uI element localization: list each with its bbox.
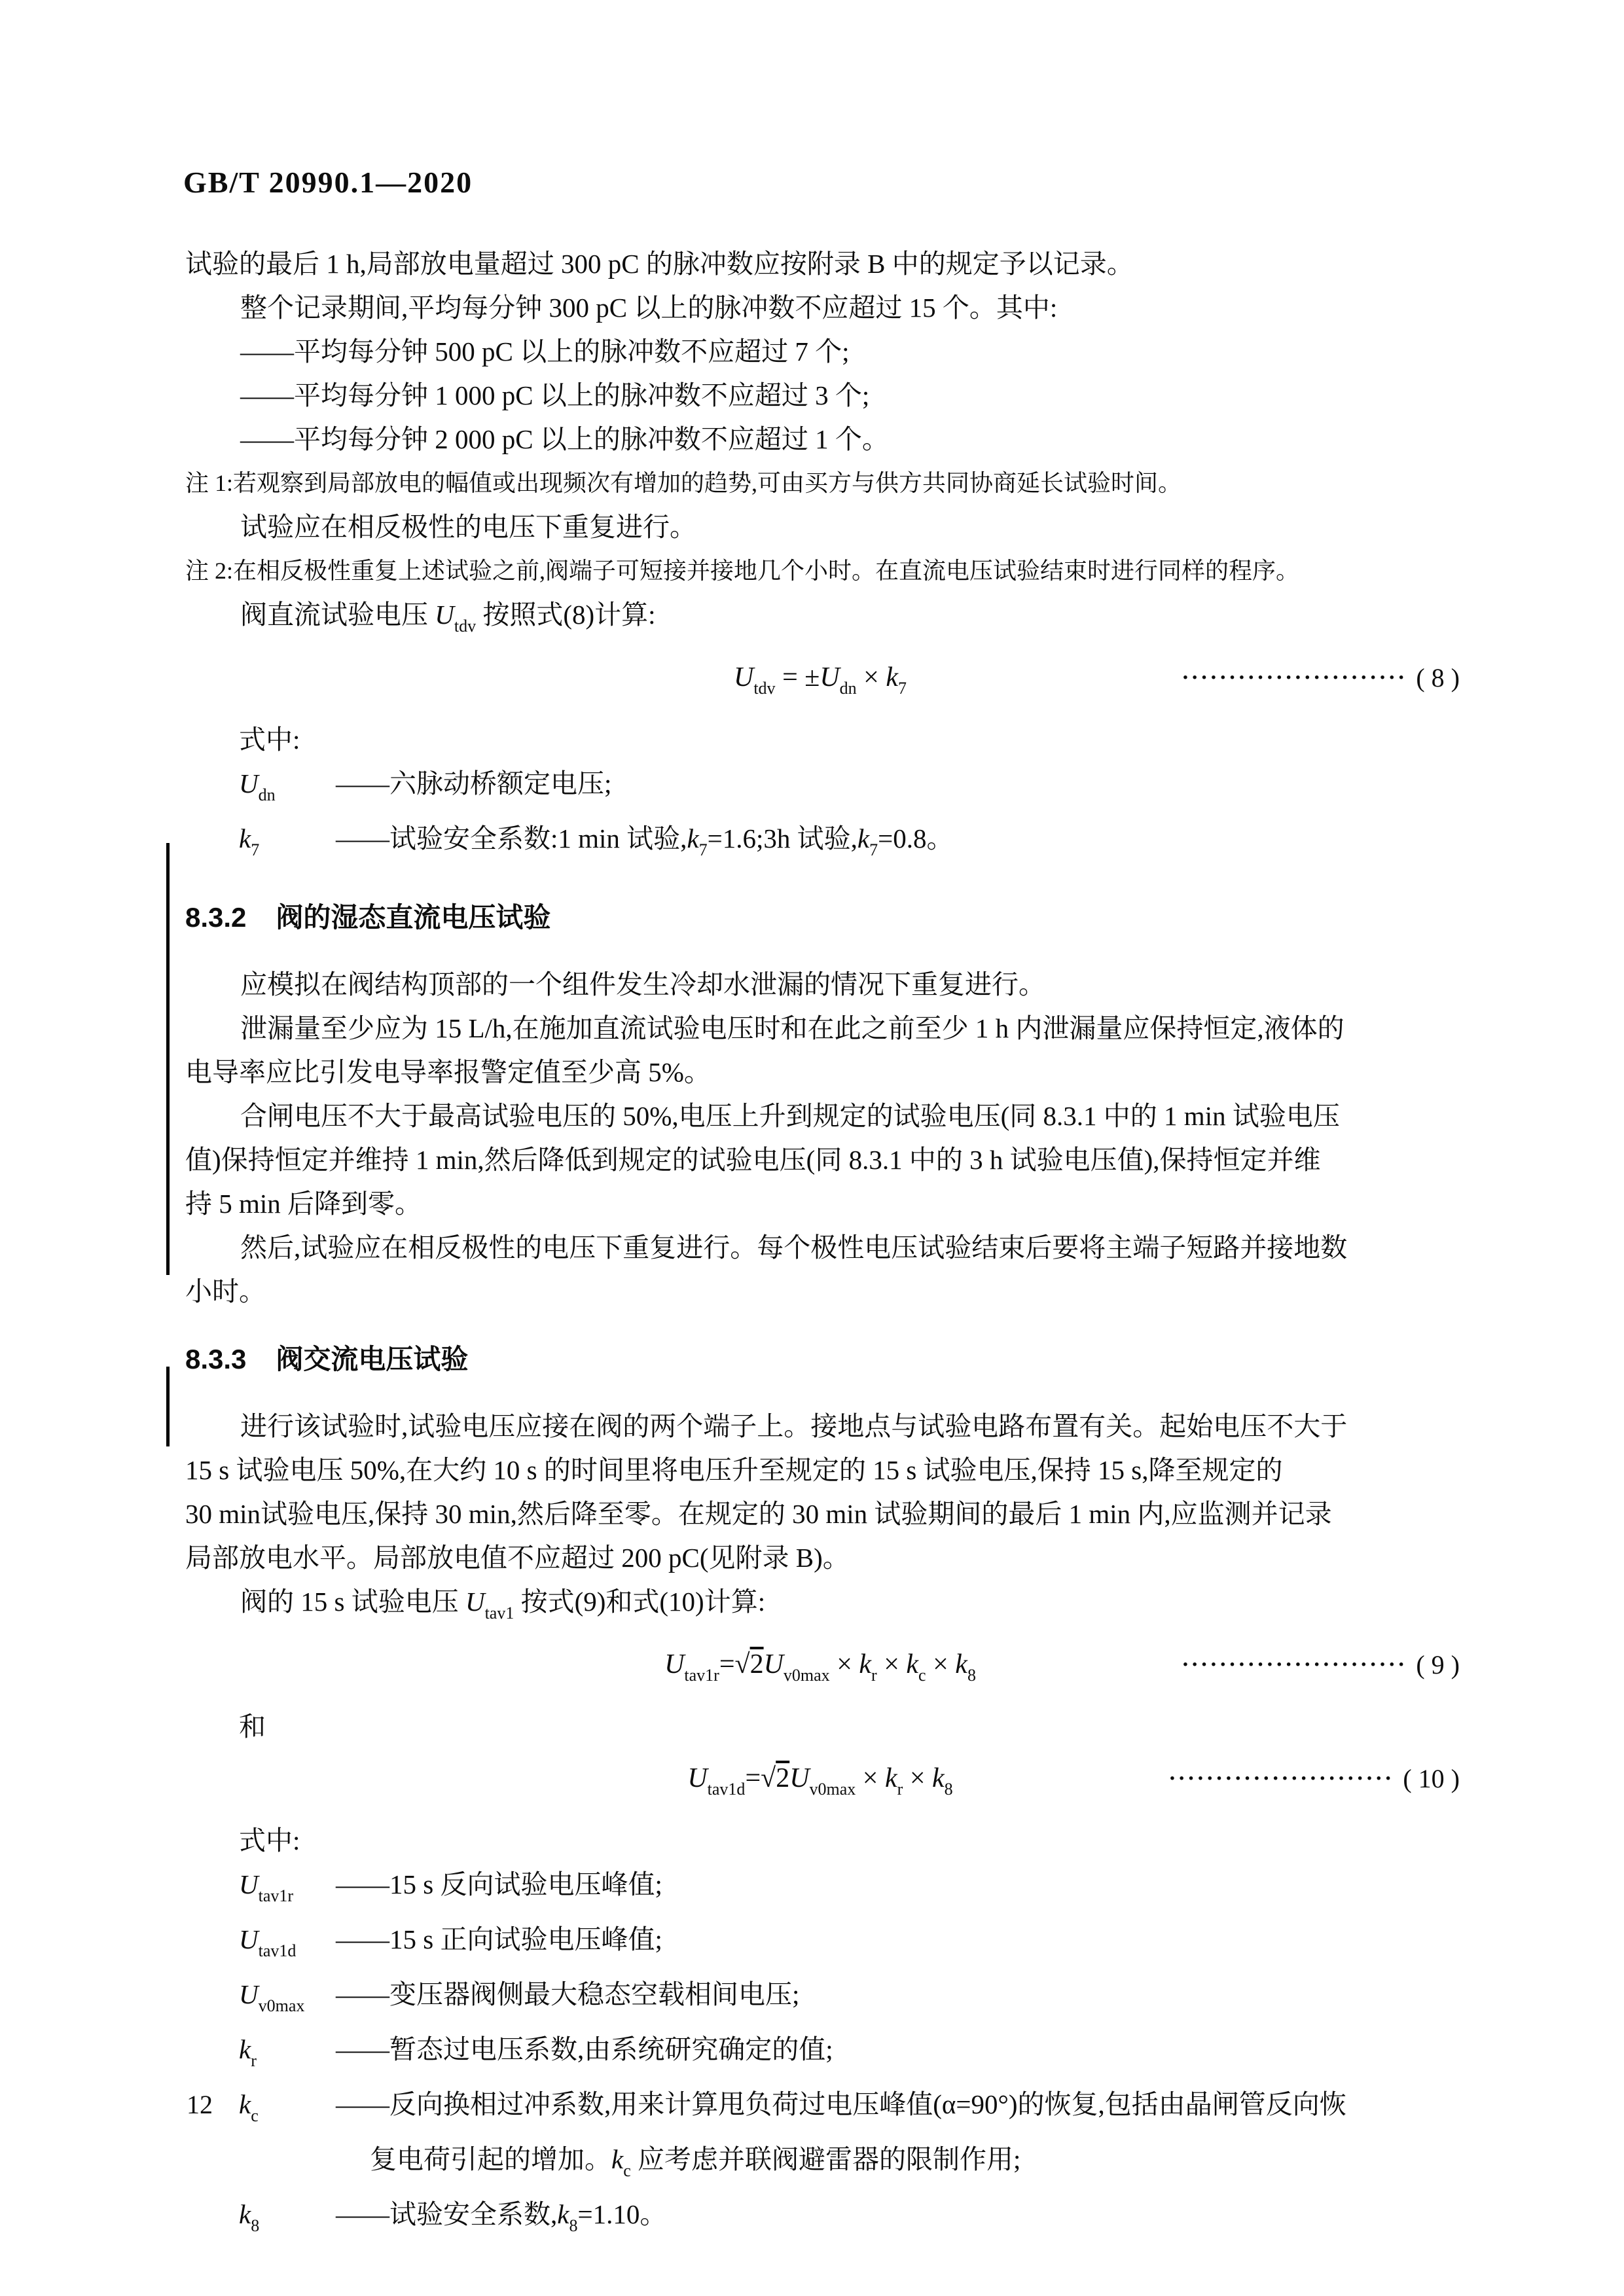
definition-symbol: Udn	[239, 762, 336, 817]
formula-expression: Utav1r=√2Uv0max × kr × kc × k8	[664, 1643, 976, 1697]
text-line: 试验应在相反极性的电压下重复进行。	[185, 505, 1494, 549]
equation-number: ( 9 )	[1416, 1650, 1460, 1679]
section-title: 阀交流电压试验	[276, 1344, 468, 1374]
math-variable: U	[239, 1979, 259, 2009]
radicand: 2	[776, 1763, 789, 1793]
math-subscript: tdv	[753, 679, 775, 698]
text-line: 值)保持恒定并维持 1 min,然后降低到规定的试验电压(同 8.3.1 中的 …	[185, 1138, 1494, 1182]
note-line: 注 2:在相反极性重复上述试验之前,阀端子可短接并接地几个小时。在直流电压试验结…	[185, 549, 1494, 593]
definition-symbol: Uv0max	[239, 1973, 336, 2028]
math-subscript: 8	[945, 1780, 953, 1799]
definition-description: 15 s 正向试验电压峰值;	[389, 1918, 662, 1973]
section-number: 8.3.2	[185, 902, 246, 933]
math-subscript: r	[251, 2051, 257, 2070]
definition-symbol: kr	[239, 2028, 336, 2083]
definition-row: kr——暂态过电压系数,由系统研究确定的值;	[185, 2028, 1494, 2083]
formula-leader: ························( 9 )	[1182, 1643, 1460, 1687]
text-line: ——平均每分钟 1 000 pC 以上的脉冲数不应超过 3 个;	[185, 374, 1494, 418]
text-line: 然后,试验应在相反极性的电压下重复进行。每个极性电压试验结束后要将主端子短路并接…	[185, 1226, 1494, 1270]
math-variable: U	[435, 600, 454, 630]
section-heading: 8.3.3阀交流电压试验	[185, 1337, 1494, 1381]
definition-description: 15 s 反向试验电压峰值;	[389, 1863, 662, 1918]
math-subscript: v0max	[810, 1780, 856, 1799]
definition-row: Utav1d——15 s 正向试验电压峰值;	[185, 1918, 1494, 1973]
math-subscript: 8	[569, 2216, 577, 2235]
document-content: 试验的最后 1 h,局部放电量超过 300 pC 的脉冲数应按附录 B 中的规定…	[185, 242, 1494, 2248]
math-variable: U	[687, 1763, 707, 1793]
definition-description: 试验安全系数:1 min 试验,k7=1.6;3h 试验,k7=0.8。	[389, 817, 953, 872]
math-variable: U	[465, 1587, 485, 1617]
text-line: 进行该试验时,试验电压应接在阀的两个端子上。接地点与试验电路布置有关。起始电压不…	[185, 1405, 1494, 1448]
text-line: 阀直流试验电压 Utdv 按照式(8)计算:	[185, 593, 1494, 648]
document-page: { "header": { "standard_code": "GB/T 209…	[0, 0, 1624, 2296]
definition-row: Utav1r——15 s 反向试验电压峰值;	[185, 1863, 1494, 1918]
definition-continuation: 复电荷引起的增加。kc 应考虑并联阀避雷器的限制作用;	[185, 2138, 1494, 2193]
math-subscript: v0max	[259, 1996, 305, 2015]
formula-line: Utav1r=√2Uv0max × kr × kc × k8··········…	[185, 1643, 1494, 1697]
square-root: √2	[735, 1649, 764, 1679]
leader-dots: ························	[1168, 1767, 1394, 1791]
text-line: 和	[185, 1705, 1494, 1749]
definition-dash: ——	[336, 2193, 389, 2248]
text-line: 持 5 min 后降到零。	[185, 1182, 1494, 1226]
math-variable: k	[687, 823, 698, 853]
math-subscript: tdv	[454, 617, 476, 636]
math-variable: U	[239, 1924, 259, 1954]
formula-line: Utav1d=√2Uv0max × kr × k8···············…	[185, 1757, 1494, 1811]
formula-leader: ························( 10 )	[1168, 1757, 1460, 1801]
definition-dash: ——	[336, 762, 389, 817]
math-variable: k	[611, 2144, 623, 2174]
formula-expression: Utav1d=√2Uv0max × kr × k8	[687, 1757, 952, 1811]
definition-symbol: k7	[239, 817, 336, 872]
definition-symbol: Utav1d	[239, 1918, 336, 1973]
text-line: 试验的最后 1 h,局部放电量超过 300 pC 的脉冲数应按附录 B 中的规定…	[185, 242, 1494, 286]
definition-description: 六脉动桥额定电压;	[389, 762, 611, 817]
text-line: ——平均每分钟 2 000 pC 以上的脉冲数不应超过 1 个。	[185, 418, 1494, 461]
formula-line: Utdv = ±Udn × k7························…	[185, 656, 1494, 710]
math-variable: k	[557, 2199, 569, 2229]
definition-row: k7——试验安全系数:1 min 试验,k7=1.6;3h 试验,k7=0.8。	[185, 817, 1494, 872]
definition-row: Udn——六脉动桥额定电压;	[185, 762, 1494, 817]
math-variable: U	[764, 1649, 784, 1679]
math-subscript: tav1	[485, 1604, 514, 1623]
definition-description: 变压器阀侧最大稳态空载相间电压;	[389, 1973, 799, 2028]
definition-symbol: k8	[239, 2193, 336, 2248]
math-subscript: dn	[259, 785, 276, 804]
math-variable: k	[932, 1763, 945, 1793]
standard-code-header: GB/T 20990.1—2020	[183, 165, 473, 200]
text-line: 式中:	[185, 1819, 1494, 1863]
text-line: 应模拟在阀结构顶部的一个组件发生冷却水泄漏的情况下重复进行。	[185, 963, 1494, 1007]
math-variable: U	[239, 768, 259, 798]
math-subscript: dn	[840, 679, 857, 698]
definition-description: 暂态过电压系数,由系统研究确定的值;	[389, 2028, 833, 2083]
text-line: 电导率应比引发电导率报警定值至少高 5%。	[185, 1050, 1494, 1094]
definition-dash: ——	[336, 817, 389, 872]
math-subscript: r	[871, 1666, 877, 1685]
definition-description: 试验安全系数,k8=1.10。	[389, 2193, 666, 2248]
definition-symbol: kc	[239, 2083, 336, 2138]
definition-dash: ——	[336, 2028, 389, 2083]
math-variable: k	[239, 823, 251, 853]
math-variable: k	[239, 2089, 251, 2119]
text-line: 整个记录期间,平均每分钟 300 pC 以上的脉冲数不应超过 15 个。其中:	[185, 286, 1494, 330]
text-line: 局部放电水平。局部放电值不应超过 200 pC(见附录 B)。	[185, 1536, 1494, 1580]
math-subscript: tav1r	[684, 1666, 719, 1685]
math-variable: U	[664, 1649, 684, 1679]
equation-number: ( 8 )	[1416, 663, 1460, 692]
math-subscript: 7	[898, 679, 907, 698]
math-subscript: 8	[967, 1666, 976, 1685]
definition-description: 反向换相过冲系数,用来计算甩负荷过电压峰值(α=90°)的恢复,包括由晶闸管反向…	[389, 2083, 1346, 2138]
definition-dash: ——	[336, 2083, 389, 2138]
text-line: 30 min试验电压,保持 30 min,然后降至零。在规定的 30 min 试…	[185, 1492, 1494, 1536]
math-variable: k	[906, 1649, 918, 1679]
math-subscript: 8	[251, 2216, 259, 2235]
math-subscript: 7	[699, 840, 708, 859]
math-subscript: c	[251, 2106, 259, 2125]
math-variable: k	[885, 1763, 897, 1793]
math-subscript: v0max	[784, 1666, 830, 1685]
definition-dash: ——	[336, 1973, 389, 2028]
equation-number: ( 10 )	[1403, 1764, 1460, 1793]
definition-row: Uv0max——变压器阀侧最大稳态空载相间电压;	[185, 1973, 1494, 2028]
math-subscript: tav1d	[708, 1780, 746, 1799]
section-number: 8.3.3	[185, 1344, 246, 1374]
formula-expression: Utdv = ±Udn × k7	[734, 656, 907, 710]
revision-change-bar	[166, 1367, 170, 1446]
text-line: 合闸电压不大于最高试验电压的 50%,电压上升到规定的试验电压(同 8.3.1 …	[185, 1094, 1494, 1138]
text-line: 式中:	[185, 718, 1494, 762]
math-subscript: r	[897, 1780, 903, 1799]
definition-dash: ——	[336, 1918, 389, 1973]
text-line: ——平均每分钟 500 pC 以上的脉冲数不应超过 7 个;	[185, 330, 1494, 374]
definition-row: kc——反向换相过冲系数,用来计算甩负荷过电压峰值(α=90°)的恢复,包括由晶…	[185, 2083, 1494, 2138]
text-line: 泄漏量至少应为 15 L/h,在施加直流试验电压时和在此之前至少 1 h 内泄漏…	[185, 1007, 1494, 1050]
revision-change-bar	[166, 843, 170, 1275]
note-line: 注 1:若观察到局部放电的幅值或出现频次有增加的趋势,可由买方与供方共同协商延长…	[185, 461, 1494, 505]
section-title: 阀的湿态直流电压试验	[276, 902, 550, 933]
math-variable: k	[955, 1649, 967, 1679]
math-variable: k	[239, 2199, 251, 2229]
math-subscript: 7	[251, 840, 259, 859]
math-variable: k	[859, 1649, 871, 1679]
math-subscript: tav1r	[259, 1886, 293, 1905]
text-line: 15 s 试验电压 50%,在大约 10 s 的时间里将电压升至规定的 15 s…	[185, 1448, 1494, 1492]
math-variable: k	[239, 2034, 251, 2064]
math-variable: k	[857, 823, 869, 853]
math-subscript: 7	[869, 840, 878, 859]
text-line: 小时。	[185, 1270, 1494, 1314]
leader-dots: ························	[1182, 1653, 1407, 1677]
math-variable: U	[789, 1763, 809, 1793]
leader-dots: ························	[1182, 666, 1407, 690]
definition-row: k8——试验安全系数,k8=1.10。	[185, 2193, 1494, 2248]
math-subscript: c	[623, 2161, 631, 2180]
math-variable: U	[734, 662, 753, 692]
math-subscript: tav1d	[259, 1941, 297, 1960]
text-line: 阀的 15 s 试验电压 Utav1 按式(9)和式(10)计算:	[185, 1580, 1494, 1635]
definition-symbol: Utav1r	[239, 1863, 336, 1918]
math-variable: U	[239, 1869, 259, 1899]
math-subscript: c	[918, 1666, 926, 1685]
math-variable: k	[886, 662, 898, 692]
square-root: √2	[761, 1763, 789, 1793]
radicand: 2	[750, 1649, 764, 1679]
math-variable: U	[820, 662, 839, 692]
page-number: 12	[187, 2089, 213, 2120]
definition-dash: ——	[336, 1863, 389, 1918]
section-heading: 8.3.2阀的湿态直流电压试验	[185, 895, 1494, 939]
formula-leader: ························( 8 )	[1182, 656, 1460, 700]
